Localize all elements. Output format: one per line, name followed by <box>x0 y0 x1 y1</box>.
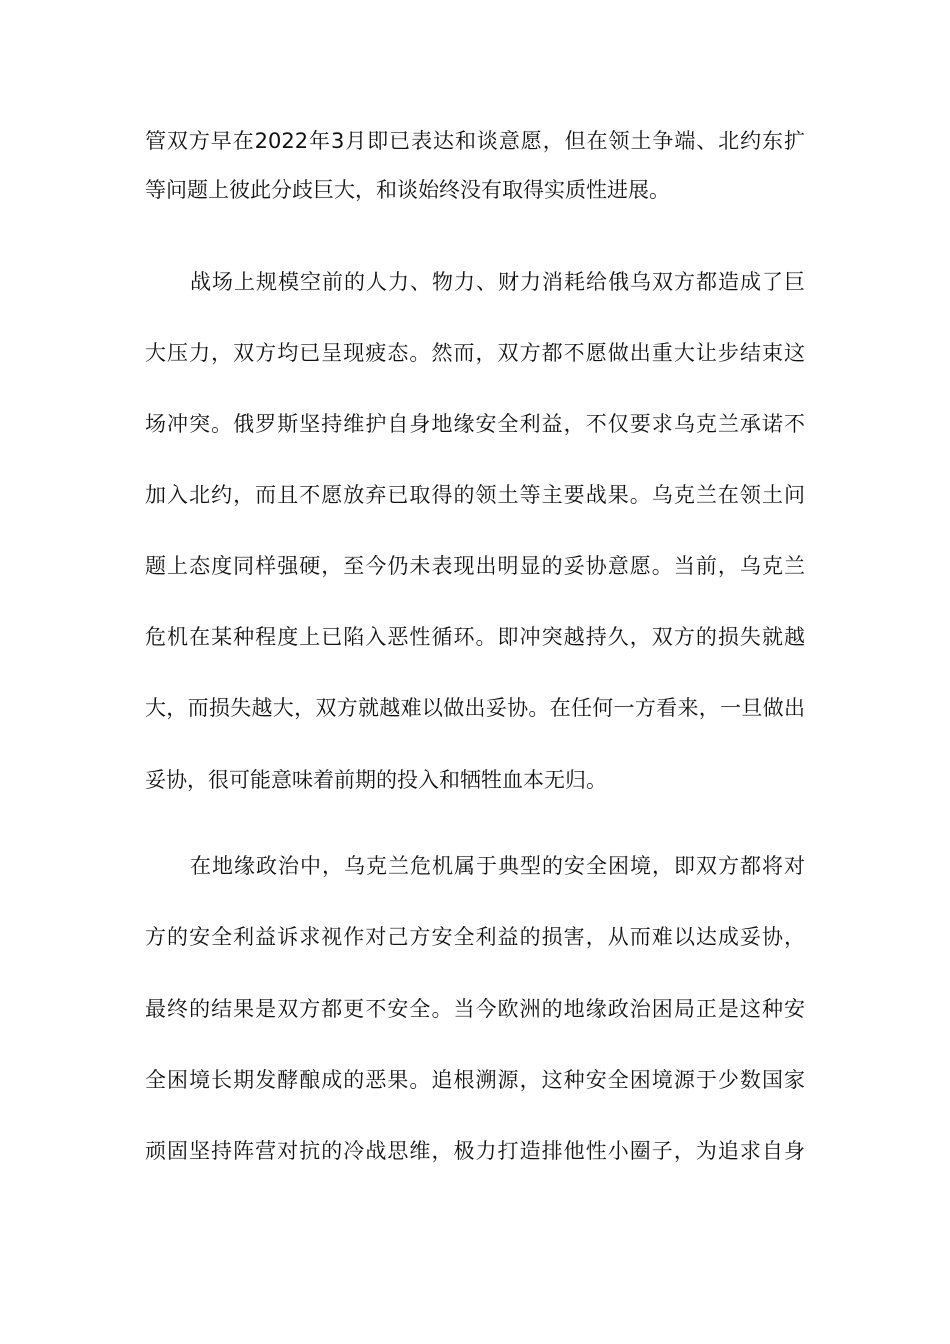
text-line: 妥协，很可能意味着前期的投入和牺牲血本无归。 <box>145 765 805 795</box>
text-line: 方的安全利益诉求视作对己方安全利益的损害，从而难以达成妥协， <box>145 922 805 952</box>
text-line: 大压力，双方均已呈现疲态。然而，双方都不愿做出重大让步结束这 <box>145 338 805 368</box>
paragraph-first-line: 战场上规模空前的人力、物力、财力消耗给俄乌双方都造成了巨 <box>190 267 805 297</box>
paragraph-first-line: 在地缘政治中，乌克兰危机属于典型的安全困境，即双方都将对 <box>190 851 805 881</box>
text-line: 大，而损失越大，双方就越难以做出妥协。在任何一方看来，一旦做出 <box>145 693 805 723</box>
text-line: 顽固坚持阵营对抗的冷战思维，极力打造排他性小圈子，为追求自身 <box>145 1136 805 1166</box>
text-line: 全困境长期发酵酿成的恶果。追根溯源，这种安全困境源于少数国家 <box>145 1065 805 1095</box>
text-line: 题上态度同样强硬，至今仍未表现出明显的妥协意愿。当前，乌克兰 <box>145 551 805 581</box>
text-line: 加入北约，而且不愿放弃已取得的领土等主要战果。乌克兰在领土问 <box>145 480 805 510</box>
text-line: 最终的结果是双方都更不安全。当今欧洲的地缘政治困局正是这种安 <box>145 994 805 1024</box>
text-line: 等问题上彼此分歧巨大，和谈始终没有取得实质性进展。 <box>145 175 805 205</box>
text-line: 危机在某种程度上已陷入恶性循环。即冲突越持久，双方的损失就越 <box>145 622 805 652</box>
text-line: 管双方早在2022年3月即已表达和谈意愿，但在领土争端、北约东扩 <box>145 126 805 156</box>
text-line: 场冲突。俄罗斯坚持维护自身地缘安全利益，不仅要求乌克兰承诺不 <box>145 409 805 439</box>
document-page: 管双方早在2022年3月即已表达和谈意愿，但在领土争端、北约东扩 等问题上彼此分… <box>0 0 950 1344</box>
